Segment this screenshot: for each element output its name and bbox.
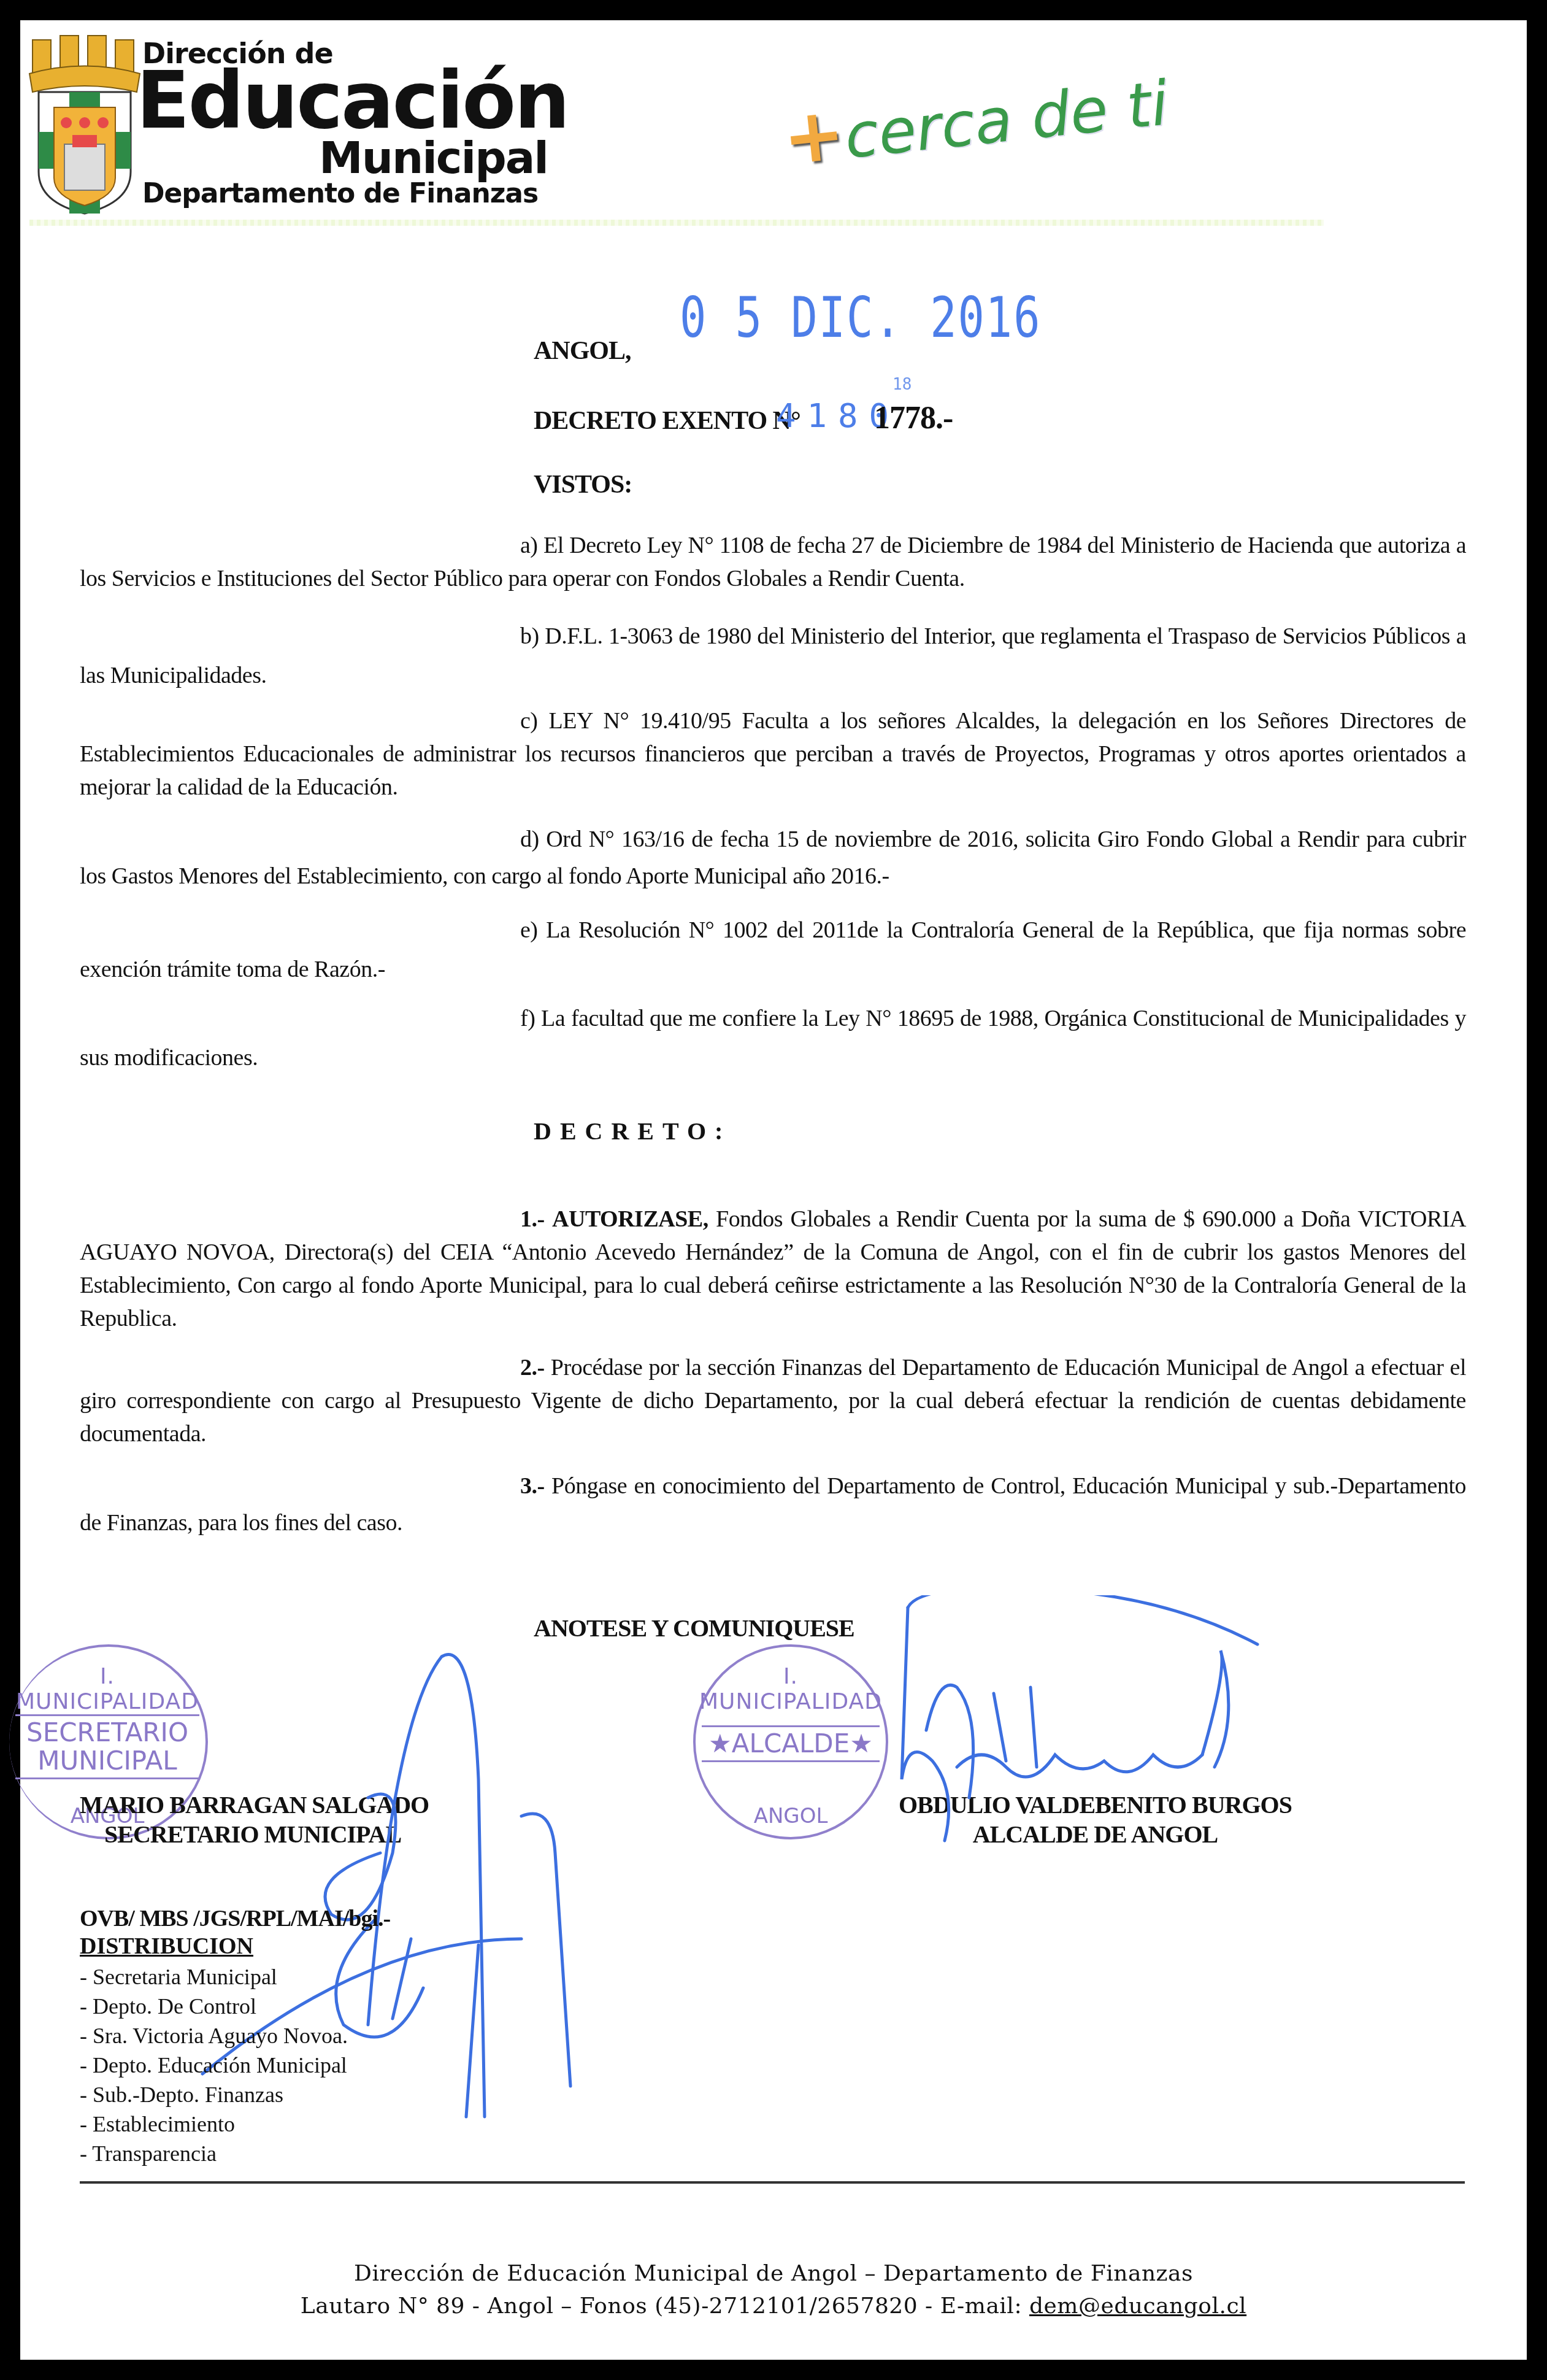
decree-overstamp: 18 [893, 375, 912, 394]
list-item: - Establecimiento [80, 2109, 348, 2139]
alcalde-name: OBDULIO VALDEBENITO BURGOS [899, 1790, 1292, 1820]
vistos-heading: VISTOS: [534, 470, 632, 499]
plus-icon: + [778, 91, 849, 182]
logo-line-departamento: Departamento de Finanzas [142, 178, 538, 209]
alcalde-stamp: I. MUNICIPALIDAD ★ALCALDE★ ANGOL [693, 1644, 888, 1839]
logo-line-educacion: Educación [136, 61, 568, 141]
email-link[interactable]: dem@educangol.cl [1029, 2293, 1246, 2319]
logo-line-municipal: Municipal [319, 132, 548, 183]
decree-number-typed: 1778.- [874, 400, 953, 436]
list-item: - Transparencia [80, 2139, 348, 2168]
vistos-item-a: a) El Decreto Ley N° 1108 de fecha 27 de… [80, 529, 1466, 595]
vistos-item-f: f) La facultad que me confiere la Ley N°… [80, 999, 1466, 1077]
closing-formula: ANOTESE Y COMUNIQUESE [534, 1614, 854, 1643]
decreto-item-2: 2.- Procédase por la sección Finanzas de… [80, 1351, 1466, 1450]
distribution-list: - Secretaria Municipal - Depto. De Contr… [80, 1962, 348, 2168]
alcalde-signature-block: OBDULIO VALDEBENITO BURGOS ALCALDE DE AN… [899, 1790, 1292, 1849]
city-label: ANGOL, [534, 336, 631, 366]
decreto-item-1: 1.- AUTORIZASE, Fondos Globales a Rendir… [80, 1203, 1466, 1335]
header-divider [29, 220, 1324, 226]
secretario-signature-block: MARIO BARRAGAN SALGADO SECRETARIO MUNICI… [80, 1790, 429, 1849]
decreto-item-3: 3.- Póngase en conocimiento del Departam… [80, 1468, 1466, 1541]
decree-label: DECRETO EXENTO N° [534, 406, 800, 436]
list-item: - Sub.-Depto. Finanzas [80, 2080, 348, 2109]
footer-contact: Lautaro N° 89 - Angol – Fonos (45)-27121… [0, 2293, 1547, 2319]
footer-address: Lautaro N° 89 - Angol – Fonos (45)-27121… [301, 2293, 1029, 2319]
secretario-name: MARIO BARRAGAN SALGADO [80, 1790, 429, 1820]
vistos-item-b: b) D.F.L. 1-3063 de 1980 del Ministerio … [80, 617, 1466, 695]
list-item: - Depto. Educación Municipal [80, 2051, 348, 2080]
list-item: - Depto. De Control [80, 1992, 348, 2021]
decreto-heading: DECRETO: [534, 1117, 731, 1146]
list-item: - Secretaria Municipal [80, 1962, 348, 1992]
secretario-title: SECRETARIO MUNICIPAL [80, 1820, 429, 1849]
footer-divider [80, 2181, 1465, 2184]
initials-reference: OVB/ MBS /JGS/RPL/MAI/bgi.- [80, 1905, 390, 1932]
footer-organization: Dirección de Educación Municipal de Ango… [0, 2261, 1547, 2286]
municipal-crest-icon [20, 31, 149, 215]
distribution-heading: DISTRIBUCION [80, 1933, 253, 1960]
vistos-item-d: d) Ord N° 163/16 de fecha 15 de noviembr… [80, 821, 1466, 895]
vistos-item-c: c) LEY N° 19.410/95 Faculta a los señore… [80, 704, 1466, 804]
vistos-item-e: e) La Resolución N° 1002 del 2011de la C… [80, 911, 1466, 989]
list-item: - Sra. Victoria Aguayo Novoa. [80, 2021, 348, 2051]
alcalde-title: ALCALDE DE ANGOL [899, 1820, 1292, 1849]
date-stamp: 0 5 DIC. 2016 [680, 286, 1042, 350]
